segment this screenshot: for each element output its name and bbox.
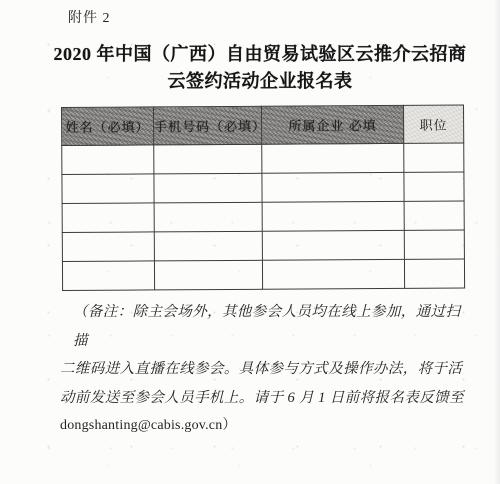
table-cell-empty — [154, 173, 262, 203]
remark-paragraph: （备注：除主会场外，其他参会人员均在线上参加，通过扫描 二维码进入直播在线参会。… — [60, 298, 468, 441]
page-title: 2020 年中国（广西）自由贸易试验区云推介云招商 云签约活动企业报名表 — [30, 41, 490, 95]
table-row — [62, 259, 464, 290]
page-title-line-2: 云签约活动企业报名表 — [30, 68, 490, 95]
header-cell-name: 姓名（必填） — [62, 107, 154, 146]
table-cell-empty — [62, 203, 154, 233]
table-cell-empty — [262, 230, 404, 260]
table-cell-empty — [404, 201, 464, 230]
header-cell-position: 职位 — [403, 105, 463, 143]
table-cell-empty — [62, 232, 154, 262]
table-cell-empty — [154, 144, 262, 174]
table-cell-empty — [154, 202, 262, 232]
table-cell-empty — [262, 172, 404, 202]
table-cell-empty — [404, 143, 464, 172]
remark-line-3: 动前发送至参会人员手机上。请于 6 月 1 日前将报名表反馈至 — [60, 384, 468, 413]
remark-line-2: 二维码进入直播在线参会。具体参与方式及操作办法，将于活 — [60, 355, 468, 384]
table-row — [62, 201, 464, 232]
table-cell-empty — [154, 231, 262, 261]
table-header-row: 姓名（必填） 手机号码（必填） 所属企业 必填 职位 — [62, 105, 464, 145]
table-body — [62, 143, 465, 290]
table-cell-empty — [62, 145, 154, 175]
table-cell-empty — [262, 143, 404, 173]
remark-line-1: （备注：除主会场外，其他参会人员均在线上参加，通过扫描 — [60, 298, 468, 355]
remark-email-line: dongshanting@cabis.gov.cn） — [60, 412, 468, 441]
table-cell-empty — [62, 174, 154, 204]
scanned-form-page: { "page": { "attachment_label": "附件 2", … — [0, 0, 500, 484]
signup-table: 姓名（必填） 手机号码（必填） 所属企业 必填 职位 — [61, 105, 465, 291]
table-cell-empty — [404, 172, 464, 201]
table-cell-empty — [154, 260, 262, 290]
table-cell-empty — [262, 201, 404, 231]
table-cell-empty — [404, 230, 464, 259]
table-row — [62, 230, 464, 261]
header-cell-phone: 手机号码（必填） — [154, 106, 262, 145]
header-cell-company: 所属企业 必填 — [261, 105, 403, 144]
table-cell-empty — [62, 261, 154, 291]
attachment-label: 附件 2 — [68, 7, 111, 27]
table-cell-empty — [262, 259, 404, 289]
table-cell-empty — [404, 259, 464, 288]
scan-edge-shading — [494, 0, 500, 484]
table-row — [62, 143, 464, 174]
page-title-line-1: 2020 年中国（广西）自由贸易试验区云推介云招商 — [30, 41, 490, 68]
table-row — [62, 172, 464, 203]
